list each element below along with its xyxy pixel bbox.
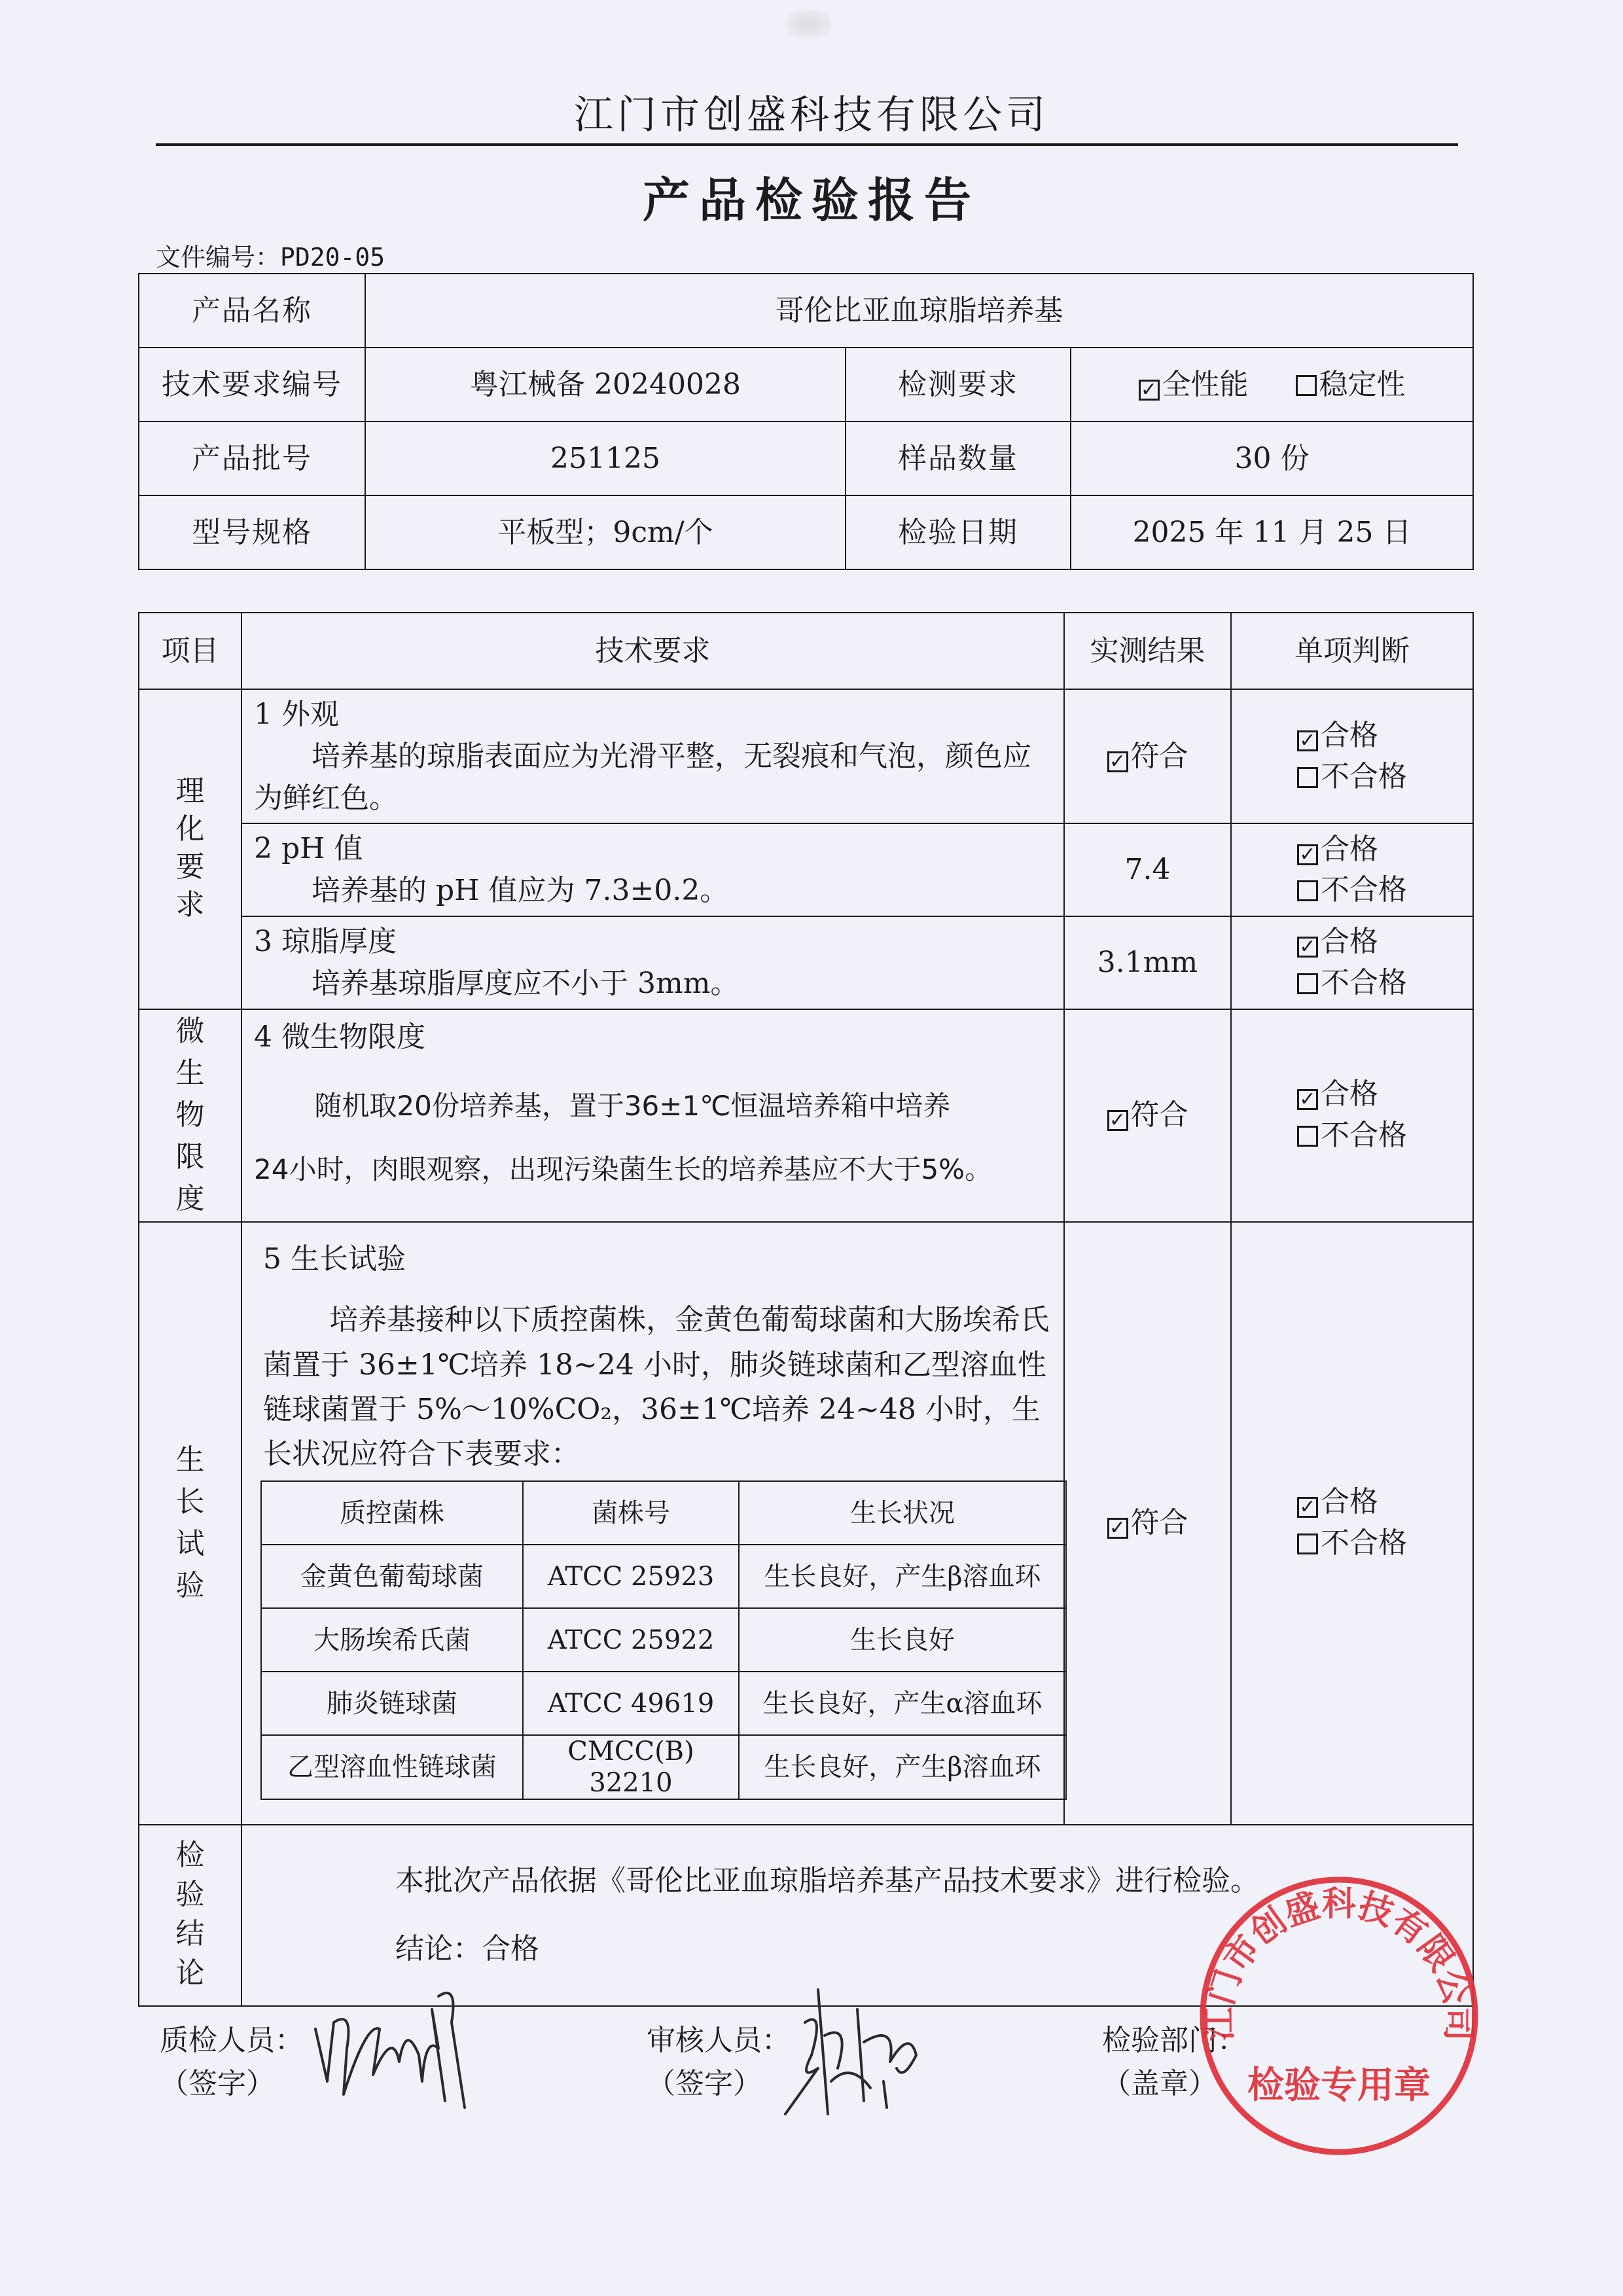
batch-label: 产品批号: [139, 422, 365, 495]
tech-req-no-label: 技术要求编号: [139, 348, 365, 422]
inspection-seal-stamp: 江门市创盛科技有限公司 检验专用章: [1195, 1872, 1483, 2160]
test-date-label: 检验日期: [846, 495, 1071, 569]
checkbox-checked-icon[interactable]: ✓: [1297, 844, 1318, 865]
inspector-signature-block: 质检人员： （签字）: [160, 2019, 304, 2106]
checkbox-checked-icon[interactable]: ✓: [1139, 380, 1160, 401]
fail-label: 不合格: [1321, 1526, 1407, 1560]
group-label-growth: 生长试验: [139, 1222, 241, 1825]
table-row: 2 pH 值 培养基的 pH 值应为 7.3±0.2。 7.4 ✓合格 不合格: [139, 823, 1473, 916]
judgement-thickness: ✓合格 不合格: [1231, 916, 1473, 1009]
fail-label: 不合格: [1321, 966, 1407, 999]
checkbox-empty-icon[interactable]: [1297, 1534, 1318, 1554]
strain-table-header: 质控菌株 菌株号 生长状况: [261, 1481, 1066, 1545]
strain-name: 肺炎链球菌: [261, 1672, 523, 1735]
requirement-body: 培养基琼脂厚度应不小于 3mm。: [254, 963, 1052, 1005]
strain-col-header: 质控菌株: [261, 1481, 523, 1545]
inspector-signature-scrawl: [308, 1983, 510, 2114]
scan-artifact: [785, 9, 831, 39]
option-full-performance[interactable]: ✓全性能: [1139, 368, 1249, 401]
strain-growth: 生长良好，产生α溶血环: [739, 1672, 1066, 1735]
fail-label: 不合格: [1321, 873, 1407, 906]
sample-qty-label: 样品数量: [846, 422, 1071, 495]
test-req-label: 检测要求: [846, 348, 1071, 422]
strain-id: CMCC(B) 32210: [523, 1735, 739, 1799]
result-text: 符合: [1131, 1506, 1188, 1539]
checkbox-empty-icon[interactable]: [1297, 767, 1318, 788]
requirement-body-line1: 随机取20份培养基，置于36±1℃恒温培养箱中培养: [254, 1086, 1052, 1126]
checkbox-empty-icon[interactable]: [1297, 973, 1318, 994]
requirement-growth-test: 5 生长试验 培养基接种以下质控菌株，金黄色葡萄球菌和大肠埃希氏菌置于 36±1…: [241, 1222, 1064, 1825]
inspector-sub: （签字）: [160, 2062, 304, 2106]
col-header-item: 项目: [139, 613, 241, 689]
test-date-value: 2025 年 11 月 25 日: [1071, 495, 1473, 569]
tech-req-no-value: 粤江械备 20240028: [365, 348, 846, 422]
pass-option[interactable]: ✓合格: [1297, 1482, 1407, 1522]
checkbox-checked-icon[interactable]: ✓: [1297, 1089, 1318, 1110]
strain-growth: 生长良好: [739, 1608, 1066, 1672]
strain-row: 乙型溶血性链球菌 CMCC(B) 32210 生长良好，产生β溶血环: [261, 1735, 1066, 1799]
strain-name: 大肠埃希氏菌: [261, 1608, 523, 1672]
result-text: 符合: [1131, 740, 1188, 773]
col-header-requirement: 技术要求: [241, 613, 1064, 689]
file-number-value: PD20-05: [280, 243, 385, 272]
pass-label: 合格: [1321, 925, 1378, 958]
table-row: 微生物限度 4 微生物限度 随机取20份培养基，置于36±1℃恒温培养箱中培养 …: [139, 1009, 1473, 1222]
option-label: 全性能: [1162, 368, 1249, 401]
sample-qty-value: 30 份: [1071, 422, 1473, 495]
group-label-text: 检验结论: [175, 1836, 205, 1993]
strain-row: 大肠埃希氏菌 ATCC 25922 生长良好: [261, 1608, 1066, 1672]
judgement-growth-test: ✓合格 不合格: [1231, 1222, 1473, 1825]
strain-id: ATCC 25923: [523, 1545, 739, 1608]
result-thickness: 3.1mm: [1064, 916, 1231, 1009]
result-text: 符合: [1131, 1098, 1188, 1132]
pass-option[interactable]: ✓合格: [1297, 922, 1407, 962]
requirement-title: 5 生长试验: [263, 1238, 1052, 1280]
stamp-ring-text: 江门市创盛科技有限公司: [1200, 1884, 1478, 2041]
strain-row: 金黄色葡萄球菌 ATCC 25923 生长良好，产生β溶血环: [261, 1545, 1066, 1608]
checkbox-empty-icon[interactable]: [1297, 1126, 1318, 1147]
pass-label: 合格: [1321, 1485, 1378, 1518]
result-growth-test: ✓符合: [1064, 1222, 1231, 1825]
checkbox-checked-icon[interactable]: ✓: [1297, 1497, 1318, 1518]
fail-option[interactable]: 不合格: [1297, 757, 1407, 797]
table-row: 理化要求 1 外观 培养基的琼脂表面应为光滑平整，无裂痕和气泡，颜色应为鲜红色。…: [139, 689, 1473, 823]
model-value: 平板型；9cm/个: [365, 495, 846, 569]
result-microbial-limit: ✓符合: [1064, 1009, 1231, 1222]
file-number: 文件编号：PD20-05: [156, 237, 385, 273]
strain-table: 质控菌株 菌株号 生长状况 金黄色葡萄球菌 ATCC 25923 生长良好，产生…: [260, 1480, 1067, 1800]
document-title: 产品检验报告: [0, 162, 1623, 230]
fail-option[interactable]: 不合格: [1297, 1115, 1407, 1156]
pass-label: 合格: [1321, 833, 1378, 866]
fail-option[interactable]: 不合格: [1297, 1523, 1407, 1564]
checkbox-checked-icon[interactable]: ✓: [1297, 730, 1318, 751]
strain-name: 金黄色葡萄球菌: [261, 1545, 523, 1608]
col-header-result: 实测结果: [1064, 613, 1231, 689]
checkbox-empty-icon[interactable]: [1297, 880, 1318, 901]
judgement-microbial-limit: ✓合格 不合格: [1231, 1009, 1473, 1222]
option-stability[interactable]: 稳定性: [1296, 368, 1406, 401]
table-row: 生长试验 5 生长试验 培养基接种以下质控菌株，金黄色葡萄球菌和大肠埃希氏菌置于…: [139, 1222, 1473, 1825]
checkbox-checked-icon[interactable]: ✓: [1107, 751, 1128, 772]
requirement-body-line2: 24小时，肉眼观察，出现污染菌生长的培养基应不大于5%。: [254, 1150, 1052, 1190]
pass-option[interactable]: ✓合格: [1297, 715, 1407, 756]
checkbox-checked-icon[interactable]: ✓: [1107, 1110, 1128, 1131]
reviewer-signature-scrawl: [766, 1983, 975, 2121]
requirement-title: 4 微生物限度: [254, 1016, 1052, 1058]
group-label-conclusion: 检验结论: [139, 1825, 241, 2006]
checkbox-empty-icon[interactable]: [1296, 375, 1317, 396]
product-name-value: 哥伦比亚血琼脂培养基: [365, 274, 1473, 348]
group-label-text: 微生物限度: [175, 1011, 205, 1220]
strain-name: 乙型溶血性链球菌: [261, 1735, 523, 1799]
requirement-appearance: 1 外观 培养基的琼脂表面应为光滑平整，无裂痕和气泡，颜色应为鲜红色。: [241, 689, 1064, 823]
pass-label: 合格: [1321, 1077, 1378, 1111]
requirement-body: 培养基接种以下质控菌株，金黄色葡萄球菌和大肠埃希氏菌置于 36±1℃培养 18~…: [263, 1298, 1052, 1477]
judgement-appearance: ✓合格 不合格: [1231, 689, 1473, 823]
requirement-title: 3 琼脂厚度: [254, 921, 1052, 963]
requirement-microbial-limit: 4 微生物限度 随机取20份培养基，置于36±1℃恒温培养箱中培养 24小时，肉…: [241, 1009, 1064, 1222]
inspection-table: 项目 技术要求 实测结果 单项判断 理化要求 1 外观 培养基的琼脂表面应为光滑…: [138, 612, 1474, 2007]
requirement-body: 培养基的 pH 值应为 7.3±0.2。: [254, 870, 1052, 912]
model-label: 型号规格: [139, 495, 365, 569]
strain-row: 肺炎链球菌 ATCC 49619 生长良好，产生α溶血环: [261, 1672, 1066, 1735]
strain-growth: 生长良好，产生β溶血环: [739, 1545, 1066, 1608]
strain-col-header: 生长状况: [739, 1481, 1066, 1545]
requirement-title: 2 pH 值: [254, 828, 1052, 870]
fail-label: 不合格: [1321, 1119, 1407, 1152]
result-appearance: ✓符合: [1064, 689, 1231, 823]
company-name: 江门市创盛科技有限公司: [0, 84, 1623, 140]
requirement-ph: 2 pH 值 培养基的 pH 值应为 7.3±0.2。: [241, 823, 1064, 916]
stamp-center-text: 检验专用章: [1247, 2064, 1431, 2107]
fail-label: 不合格: [1321, 760, 1407, 793]
checkbox-checked-icon[interactable]: ✓: [1107, 1518, 1128, 1539]
requirement-title: 1 外观: [254, 694, 1052, 736]
strain-id: ATCC 25922: [523, 1608, 739, 1672]
fail-option[interactable]: 不合格: [1297, 870, 1407, 910]
requirement-body: 培养基的琼脂表面应为光滑平整，无裂痕和气泡，颜色应为鲜红色。: [254, 736, 1052, 819]
option-label: 稳定性: [1319, 368, 1406, 401]
fail-option[interactable]: 不合格: [1297, 963, 1407, 1003]
table-row: 3 琼脂厚度 培养基琼脂厚度应不小于 3mm。 3.1mm ✓合格 不合格: [139, 916, 1473, 1009]
header-divider: [156, 143, 1458, 146]
group-label-text: 理化要求: [175, 772, 205, 924]
pass-label: 合格: [1321, 719, 1378, 752]
file-number-label: 文件编号：: [156, 243, 280, 272]
checkbox-checked-icon[interactable]: ✓: [1297, 937, 1318, 958]
product-name-label: 产品名称: [139, 274, 365, 348]
col-header-judgement: 单项判断: [1231, 613, 1473, 689]
requirement-thickness: 3 琼脂厚度 培养基琼脂厚度应不小于 3mm。: [241, 916, 1064, 1009]
result-ph: 7.4: [1064, 823, 1231, 916]
group-label-physchem: 理化要求: [139, 689, 241, 1009]
test-req-options: ✓全性能 稳定性: [1071, 348, 1473, 422]
inspector-label: 质检人员：: [160, 2019, 304, 2062]
strain-growth: 生长良好，产生β溶血环: [739, 1735, 1066, 1799]
strain-id: ATCC 49619: [523, 1672, 739, 1735]
group-label-microbe: 微生物限度: [139, 1009, 241, 1222]
pass-option[interactable]: ✓合格: [1297, 1074, 1407, 1115]
pass-option[interactable]: ✓合格: [1297, 829, 1407, 870]
strain-col-header: 菌株号: [523, 1481, 739, 1545]
batch-value: 251125: [365, 422, 846, 495]
group-label-text: 生长试验: [175, 1439, 205, 1607]
judgement-ph: ✓合格 不合格: [1231, 823, 1473, 916]
product-info-table: 产品名称 哥伦比亚血琼脂培养基 技术要求编号 粤江械备 20240028 检测要…: [138, 273, 1474, 570]
